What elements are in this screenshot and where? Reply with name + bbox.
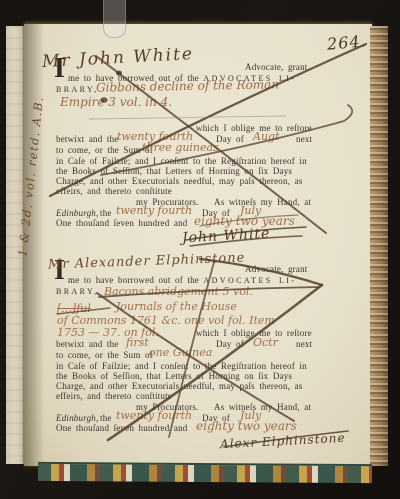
form-borrowed-line: me to have borrowed out of the ADVOCATES… bbox=[68, 275, 296, 285]
return-month: Augt bbox=[253, 130, 280, 143]
form-next: next bbox=[296, 134, 312, 144]
return-day: first bbox=[126, 336, 149, 349]
loan-entry-2: I Mr Alexander Elphinstone Advocate, gra… bbox=[24, 258, 372, 458]
form-brary: BRARY, bbox=[56, 85, 99, 94]
form-day-of: Day of bbox=[216, 339, 244, 349]
form-thousand: One thouſand ſeven hundred and bbox=[56, 218, 187, 228]
form-sum-of: to come, or the Sum of bbox=[56, 350, 153, 360]
borrower-signature: John White bbox=[182, 226, 271, 247]
form-effeirs: effeirs, and thereto conſtitute bbox=[56, 391, 172, 401]
form-betwixt: betwixt and the bbox=[56, 134, 119, 144]
form-effeirs: effeirs, and thereto conſtitute bbox=[56, 186, 172, 196]
page-holder-strip bbox=[103, 0, 126, 38]
penalty-sum: one Guinea bbox=[149, 346, 212, 359]
form-charge: Charge, and other Executorials needful, … bbox=[56, 176, 303, 186]
page-fore-edge bbox=[370, 26, 388, 466]
form-next: next bbox=[296, 339, 312, 349]
book-title-line2: Journals of the House bbox=[116, 300, 237, 313]
book-title-line1: Bacons abridgement 5 vol. bbox=[104, 285, 253, 298]
form-witness: As witneſs my Hand, at bbox=[214, 197, 311, 207]
return-month: Octr bbox=[253, 336, 278, 349]
form-brary: BRARY, bbox=[56, 287, 99, 296]
form-the: the bbox=[100, 208, 112, 218]
date-day: twenty fourth bbox=[116, 409, 192, 422]
form-day-of: Day of bbox=[216, 134, 244, 144]
book-title-line1: Gibbons decline of the Roman bbox=[96, 77, 279, 94]
loan-entry-1: I Mr John White Advocate, grant me to ha… bbox=[24, 56, 372, 258]
form-advocate-grant: Advocate, grant bbox=[245, 264, 307, 274]
form-failzie: in Caſe of Failzie; and I conſent to the… bbox=[56, 361, 307, 371]
form-thousand: One thouſand ſeven hundred and bbox=[56, 423, 187, 433]
form-failzie: in Caſe of Failzie; and I conſent to the… bbox=[56, 156, 307, 166]
form-edinburgh: Edinburgh, bbox=[56, 208, 98, 218]
book-title-line2: Empire 3 vol. in 4. bbox=[60, 95, 172, 109]
form-library-caps: ADVOCATES LI- bbox=[203, 276, 296, 285]
form-witness: As witneſs my Hand, at bbox=[214, 402, 311, 412]
form-books: the Books of Seſſion, that Letters of Ho… bbox=[56, 371, 292, 381]
form-the: the bbox=[100, 413, 112, 423]
form-charge: Charge, and other Executorials needful, … bbox=[56, 381, 303, 391]
form-betwixt: betwixt and the bbox=[56, 339, 119, 349]
penalty-sum: three guineas bbox=[142, 141, 219, 154]
marbled-book-edge bbox=[38, 462, 372, 483]
folio-number: 264. bbox=[326, 31, 367, 53]
borrower-signature: Alexr Elphinstone bbox=[220, 431, 346, 452]
form-edinburgh: Edinburgh, bbox=[56, 413, 98, 423]
register-page-photo: 264. 1 & 2d. vol. retd. A.B. I Mr John W… bbox=[0, 0, 400, 499]
form-sum-of: to come, or the Sum of bbox=[56, 145, 153, 155]
form-borrowed: me to have borrowed out of the bbox=[68, 275, 199, 285]
date-day: twenty fourth bbox=[116, 204, 192, 217]
date-year: eighty two years bbox=[196, 419, 297, 433]
form-books: the Books of Seſſion, that Letters of Ho… bbox=[56, 166, 292, 176]
form-advocate-grant: Advocate, grant bbox=[245, 62, 307, 72]
date-year: eighty two years bbox=[194, 214, 295, 228]
